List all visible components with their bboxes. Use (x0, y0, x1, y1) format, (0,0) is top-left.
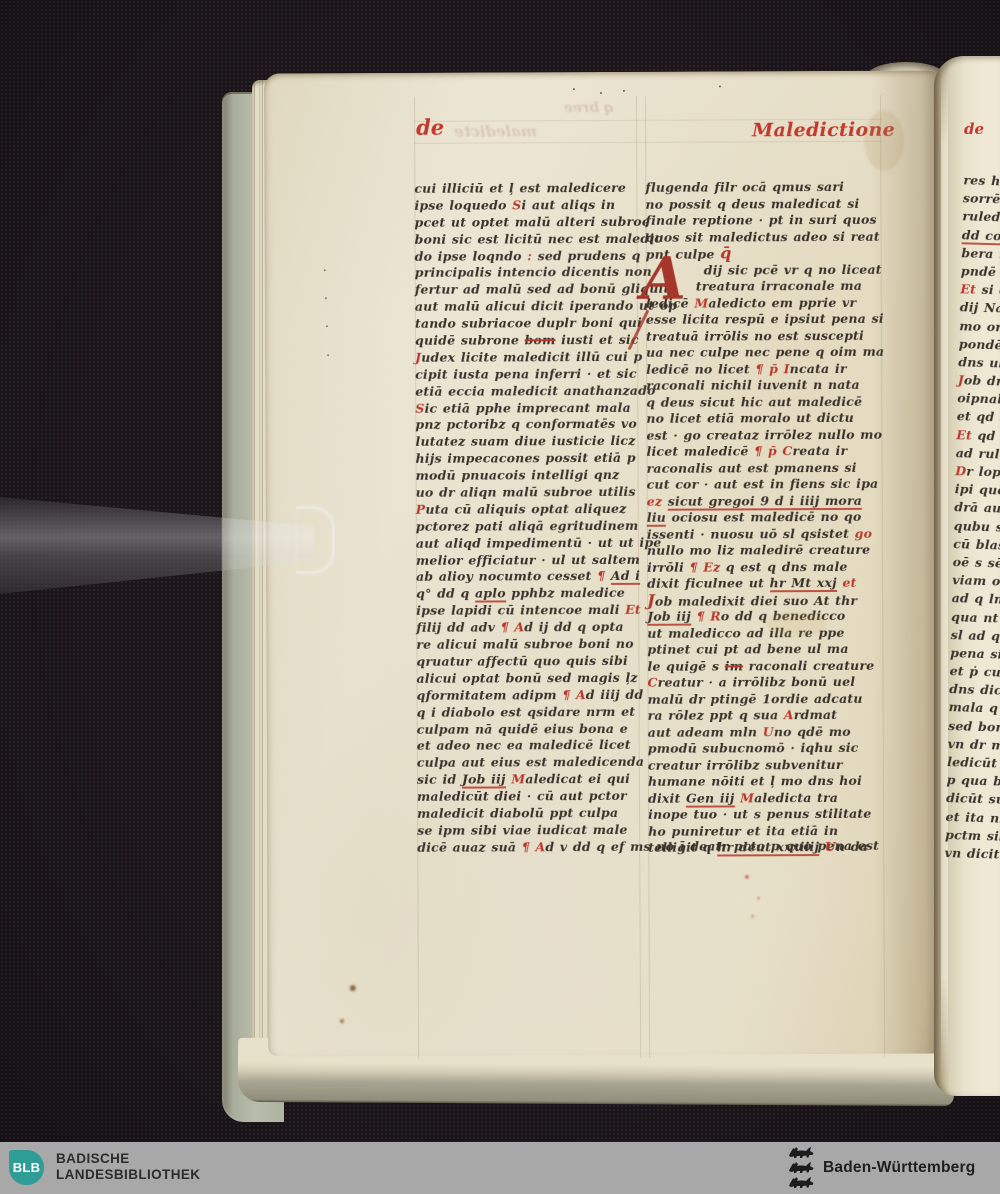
manuscript-text-line: mo ordestu (959, 317, 1000, 337)
manuscript-text-line: filij dd adv ¶ Ad ij dd q opta (416, 619, 644, 637)
manuscript-text-line: pcet ut optet malū alteri subroe (414, 214, 642, 232)
manuscript-text-line: aut aliqd impedimentū · ut ut ipe (416, 535, 644, 553)
state-name: Baden-Württemberg (823, 1159, 975, 1177)
manuscript-text-line: culpam nā quidē eius bona e (417, 720, 645, 738)
stain (350, 985, 356, 991)
manuscript-text-line: dicūt su (946, 789, 1000, 809)
manuscript-text-line: no licet etiā moralo ut dictu (646, 410, 886, 428)
manuscript-text-line: ipse loquedo Si aut aliqs in (414, 197, 642, 215)
manuscript-text-line: et ita nl (945, 808, 1000, 828)
manuscript-text-line: cui illiciū et ļ est maledicere (414, 180, 642, 198)
manuscript-text-line: aut adeam mln Uno qdē mo (648, 723, 888, 741)
manuscript-text-line: tando subriacoe duplr boni qui (415, 315, 643, 333)
manuscript-text-line: Judex licite maledicit illū cui p (415, 349, 643, 367)
manuscript-text-line: ad ruledy (956, 444, 1000, 464)
manuscript-text-line: irrōli ¶ Ez q est q dns male (647, 558, 887, 576)
manuscript-text-line: oē s sē q (952, 553, 1000, 573)
blb-logo-text: BLB (13, 1160, 41, 1175)
blb-logo: BLB (9, 1150, 44, 1185)
manuscript-text-line: ua nec culpe nec pene q oim ma (646, 344, 886, 362)
manuscript-text-line: finale reptione · pt in suri quos (645, 212, 885, 230)
pricking-dot (719, 85, 721, 87)
stain (340, 1019, 344, 1023)
manuscript-text-line: Creatur · a irrōlibz bonū uel (647, 674, 887, 692)
manuscript-text-line: sed bona (948, 717, 1000, 737)
manuscript-text-line: pctm sibi (945, 826, 1000, 846)
pricking-dot (326, 325, 328, 327)
manuscript-text-line: sorrēs tō (963, 189, 1000, 209)
state-brand: Baden-Württemberg (788, 1146, 975, 1190)
stain (766, 611, 826, 637)
manuscript-text-line: ptinet cui pt ad bene ul ma (647, 641, 887, 659)
manuscript-text-line: culpa aut eius est maledicenda (417, 754, 645, 772)
manuscript-text-line: nullo mo liz maledirē creature (647, 542, 887, 560)
manuscript-text-line: pctorez pati aliqā egritudinem (416, 518, 644, 536)
manuscript-text-line: drā aut n (954, 499, 1000, 519)
manuscript-text-line: principalis intencio dicentis non (415, 264, 643, 282)
manuscript-text-line: uo dr aliqn malū subroe utilis (416, 484, 644, 502)
digitized-manuscript-photo: { "page_header": { "left_rubric": "de", … (0, 0, 1000, 1194)
manuscript-text-line: maledicūt diei · cū aut pctor (417, 788, 645, 806)
manuscript-text-line: res hi Et (963, 171, 1000, 191)
manuscript-text-line: ra rōlez ppt q sua Ardmat (648, 707, 888, 725)
pricking-dot (623, 90, 625, 92)
manuscript-text-line: pena sibi (950, 644, 1000, 664)
running-header-left: de (416, 115, 444, 140)
manuscript-text-line: no possit q deus maledicat si (645, 195, 885, 213)
pricking-dot (324, 269, 326, 271)
manuscript-text-line: vn dicit (944, 844, 1000, 864)
manuscript-text-line: inope tuo · ut s penus stilitate (648, 806, 888, 824)
manuscript-text-line: telligit q hr deut xxxiiij Un da (648, 839, 888, 857)
manuscript-text-line: ab alioy nocumto cesset ¶ Ad i (416, 568, 644, 586)
pricking-dot (327, 354, 329, 356)
manuscript-text-line: et qd sib (957, 408, 1000, 428)
manuscript-text-line: aut malū alicui dicit iperando ut op (415, 298, 643, 316)
manuscript-text-line: Puta cū aliquis optat aliquez (416, 501, 644, 519)
manuscript-text-line: viam o b (952, 571, 1000, 591)
ruling-line (414, 141, 882, 144)
baden-wuerttemberg-coat-of-arms-icon (788, 1146, 815, 1190)
manuscript-text-line: ad q lm (951, 589, 1000, 609)
manuscript-text-line: Job dra n (958, 371, 1000, 391)
manuscript-text-line: dns ul lon (958, 353, 1000, 373)
manuscript-text-line: licet maledicē ¶ p̄ Creata ir (646, 443, 886, 461)
illuminated-initial-A: A (641, 250, 686, 308)
manuscript-text-line: Dr lopt n (955, 462, 1000, 482)
manuscript-text-line: q deus sicut hic aut maledicē (646, 393, 886, 411)
manuscript-text-line: etiā eccia maledicit anathanzado (415, 383, 643, 401)
manuscript-text-line: et adeo nec ea maledicē licet (417, 737, 645, 755)
manuscript-text-line: malū dr ptingē 1ordie adcatu (648, 690, 888, 708)
manuscript-text-line: bera mimul (961, 244, 1000, 264)
manuscript-text-line: Et si dōs m (960, 280, 1000, 300)
manuscript-text-line: hijs impecacones possit etiā p (416, 450, 644, 468)
red-speck (745, 875, 748, 878)
manuscript-text-line: q° dd q aplo pphbz maledice (416, 585, 644, 603)
manuscript-text-line: Sic etiā pphe imprecant mala (415, 399, 643, 417)
manuscript-text-line: fertur ad malū sed ad bonū gliquit (415, 281, 643, 299)
manuscript-text-line: do ipse loqndo : sed prudens q (415, 247, 643, 265)
manuscript-text-line: ipse lapidi cū intencoe mali Et (416, 602, 644, 620)
red-speck (757, 897, 759, 899)
manuscript-text-line: sic id Job iij Maledicat ei qui (417, 771, 645, 789)
text-column-left: cui illiciū et ļ est maledicereipse loqu… (414, 180, 645, 857)
facing-page-edge: de res hi Etsorrēs tōruledicedd conreebe… (934, 56, 1000, 1096)
manuscript-text-line: liu ociosu est maledicē no qo (647, 509, 887, 527)
manuscript-text-line: Et qd s (956, 426, 1000, 446)
manuscript-text-line: pnz pctoribz q conformatēs vo (415, 416, 643, 434)
manuscript-text-line: maledicit diabolū ppt culpa (417, 805, 645, 823)
manuscript-text-line: ledicūt q (947, 753, 1000, 773)
page-edge-highlight (941, 66, 948, 1076)
manuscript-text-line: quidē subrone bom iusti et sic (415, 332, 643, 350)
manuscript-text-line: melior efficiatur · ul ut saltem (416, 551, 644, 569)
library-name: BADISCHE LANDESBIBLIOTHEK (56, 1151, 200, 1183)
manuscript-text-line: q i diabolo est qsidare nrm et (417, 703, 645, 721)
manuscript-text-line: qua nt h (951, 608, 1000, 628)
manuscript-text-line: ipi que (955, 480, 1000, 500)
manuscript-text-line: qruatur affectū quo quis sibi (416, 653, 644, 671)
manuscript-text-line: alicui optat bonū sed magis ļz (416, 670, 644, 688)
manuscript-text-line: flugenda filr ocā qmus sari (645, 179, 885, 197)
manuscript-text-line: ruledice (962, 208, 1000, 228)
red-speck (752, 915, 754, 917)
manuscript-text-line: Job maledixit diei suo At thr (647, 591, 887, 609)
manuscript-text-line: dixit ficulnee ut hr Mt xxj et (647, 575, 887, 593)
header-showthrough: maledicte (454, 122, 537, 140)
manuscript-text-line: sl ad qm (950, 626, 1000, 646)
manuscript-text-line: esse licita respū e ipsiut pena si (646, 311, 886, 329)
manuscript-text-line: pmodū subucnomō · iqhu sic (648, 740, 888, 758)
manuscript-text-line: qubu sut (954, 517, 1000, 537)
manuscript-text-line: p qua bn (946, 771, 1000, 791)
manuscript-text-line: issenti · nuosu uō sl qsistet go (647, 525, 887, 543)
pricking-dot (573, 88, 575, 90)
manuscript-text-line: pondē qm (959, 335, 1000, 355)
library-name-line2: LANDESBIBLIOTHEK (56, 1167, 200, 1183)
manuscript-text-line: raconalis aut est pmanens si (647, 459, 887, 477)
stain (864, 111, 904, 171)
manuscript-text-line: dd conree (962, 226, 1000, 246)
pricking-dot (325, 297, 327, 299)
manuscript-text-line: mala q n (948, 699, 1000, 719)
footer-brand-bar: BLB BADISCHE LANDESBIBLIOTHEK Baden-Würt… (0, 1142, 1000, 1194)
manuscript-text-line: dixit Gen iij Maledicta tra (648, 789, 888, 807)
manuscript-text-line: dns dicit (949, 680, 1000, 700)
manuscript-text-line: ledicē no licet ¶ p̄ Incata ir (646, 360, 886, 378)
manuscript-text-line: raconali nichil iuvenit n nata (646, 377, 886, 395)
manuscript-text-line: lutatez suam diue iusticie licz (415, 433, 643, 451)
manuscript-text-line: oipnalē (957, 389, 1000, 409)
manuscript-text-line: pndē pmd (961, 262, 1000, 282)
facing-page-text: res hi Etsorrēs tōruledicedd conreebera … (944, 171, 1000, 864)
library-name-line1: BADISCHE (56, 1151, 200, 1167)
manuscript-text-line: cū blasph (953, 535, 1000, 555)
manuscript-text-line: re alicui malū subroe boni no (416, 636, 644, 654)
manuscript-text-line: qformitatem adipm ¶ Ad iiij dd (417, 687, 645, 705)
manuscript-text-line: quos sit maledictus adeo si reat (646, 228, 886, 246)
header-showthrough-top: q bree (564, 100, 614, 116)
manuscript-text-line: cipit iusta pena inferri · et sic (415, 366, 643, 384)
pricking-dot (600, 92, 602, 94)
manuscript-text-line: humane nōiti et ļ mo dns hoi (648, 773, 888, 791)
manuscript-text-line: le quigē s im raconali creature (647, 657, 887, 675)
manuscript-text-line: dicē auaz suā ¶ Ad v dd q ef ms no ī dea… (417, 839, 645, 857)
manuscript-text-line: ho puniretur et ita etiā in (648, 822, 888, 840)
manuscript-text-line: se ipm sibi viae iudicat male (417, 822, 645, 840)
manuscript-text-line: modū pnuacois intelligi qnz (416, 467, 644, 485)
manuscript-text-line: creatur irrōlibz subvenitur (648, 756, 888, 774)
manuscript-text-line: ez sicut gregoi 9 d i iiij mora (647, 492, 887, 510)
manuscript-text-line: dij Nansca (960, 299, 1000, 319)
facing-page-rubric: de (964, 120, 984, 138)
manuscript-text-line: boni sic est licitū nec est maledic (415, 230, 643, 248)
manuscript-text-line: vn dr ma (947, 735, 1000, 755)
manuscript-text-line: treatuā irrōlis no est suscepti (646, 327, 886, 345)
page-holder-clamp-loop (296, 506, 335, 574)
manuscript-page: de maledicte q bree Maledictione cui ill… (264, 71, 940, 1057)
manuscript-text-line: est · go creataz irrōlez nullo mo (646, 426, 886, 444)
manuscript-text-line: et ṗ culp (949, 662, 1000, 682)
manuscript-text-line: cut cor · aut est in fiens sic ipa (647, 476, 887, 494)
